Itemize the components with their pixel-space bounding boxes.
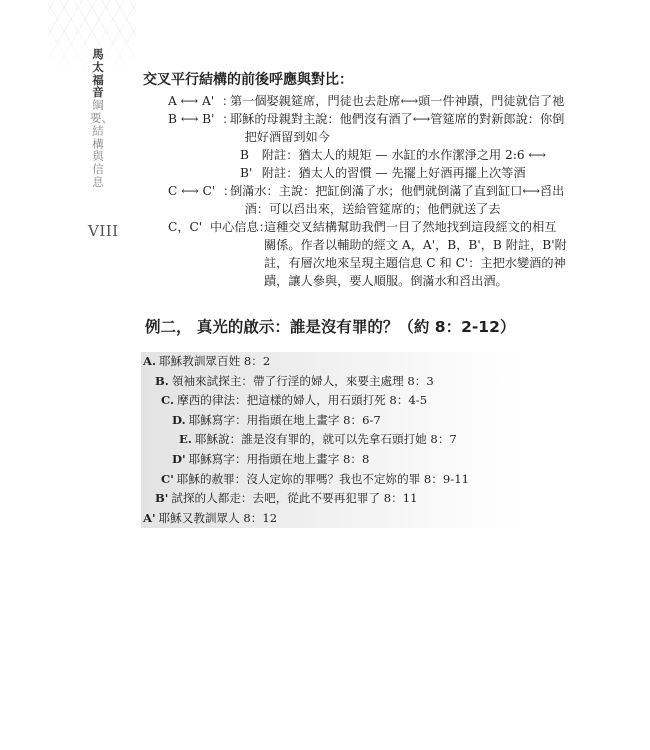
section-title: 交叉平行結構的前後呼應與對比： xyxy=(143,69,353,89)
running-head-book-title: 馬太福音 xyxy=(90,48,106,99)
center-text: 這種交叉結構幫助我們一目了然地找到這段經文的相互關係。作者以輔助的經文 A，A'… xyxy=(264,218,568,290)
running-head: 馬太福音 綱要、結構與信息 xyxy=(90,48,106,189)
parallel-pairs: A ⟷ A' ： 第一個娶親筵席，門徒也去赴席⟷頭一件神蹟，門徒就信了祂 B ⟷… xyxy=(168,92,568,290)
note-b: B 附註：猶太人的規矩 — 水缸的水作潔淨之用 2:6 ⟷ xyxy=(240,146,568,164)
center-key: C，C' 中心信息： xyxy=(168,218,271,236)
chiasm-row: B'試探的人都走：去吧，從此不要再犯罪了 8：11 xyxy=(141,489,521,509)
pair-key: C ⟷ C' ： xyxy=(168,182,235,200)
chiasm-row: B.領袖來試探主：帶了行淫的婦人，來要主處理 8：3 xyxy=(141,372,521,392)
chiasm-list: A.耶穌教訓眾百姓 8：2 B.領袖來試探主：帶了行淫的婦人，來要主處理 8：3… xyxy=(141,352,521,528)
page-number: VIII xyxy=(88,222,119,240)
chiasm-row: A'耶穌又教訓眾人 8：12 xyxy=(141,509,521,529)
pair-a: A ⟷ A' ： 第一個娶親筵席，門徒也去赴席⟷頭一件神蹟，門徒就信了祂 xyxy=(168,92,568,110)
pair-text: 倒滿水：主說：把缸倒滿了水；他們就倒滿了直到缸口⟷舀出酒：可以舀出來，送給管筵席… xyxy=(230,182,568,218)
chiasm-row: E.耶穌說：誰是沒有罪的，就可以先拿石頭打她 8：7 xyxy=(141,430,521,450)
chiasm-row: C'耶穌的赦罪：沒人定妳的罪嗎？我也不定妳的罪 8：9-11 xyxy=(141,470,521,490)
example-title: 例二， 真光的啟示：誰是沒有罪的？（約 8：2-12） xyxy=(145,315,515,337)
chiasm-row: C.摩西的律法：把這樣的婦人，用石頭打死 8：4-5 xyxy=(141,391,521,411)
note-b-prime: B' 附註：猶太人的習慣 — 先擺上好酒再擺上次等酒 xyxy=(240,164,568,182)
chiasm-row: D.耶穌寫字：用指頭在地上畫字 8：6-7 xyxy=(141,411,521,431)
center-message: C，C' 中心信息： 這種交叉結構幫助我們一目了然地找到這段經文的相互關係。作者… xyxy=(168,218,568,290)
chiasm-row: A.耶穌教訓眾百姓 8：2 xyxy=(141,352,521,372)
running-head-subtitle: 綱要、結構與信息 xyxy=(90,99,106,189)
chiasm-row: D'耶穌寫字：用指頭在地上畫字 8：8 xyxy=(141,450,521,470)
pair-b: B ⟷ B' ： 耶穌的母親對主說：他們沒有酒了⟷管筵席的對新郎說：你倒把好酒留… xyxy=(168,110,568,146)
pair-c: C ⟷ C' ： 倒滿水：主說：把缸倒滿了水；他們就倒滿了直到缸口⟷舀出酒：可以… xyxy=(168,182,568,218)
pair-text: 第一個娶親筵席，門徒也去赴席⟷頭一件神蹟，門徒就信了祂 xyxy=(230,92,568,110)
pair-text: 耶穌的母親對主說：他們沒有酒了⟷管筵席的對新郎說：你倒把好酒留到如今 xyxy=(230,110,568,146)
pair-key: B ⟷ B' ： xyxy=(168,110,234,128)
pair-key: A ⟷ A' ： xyxy=(168,92,234,110)
